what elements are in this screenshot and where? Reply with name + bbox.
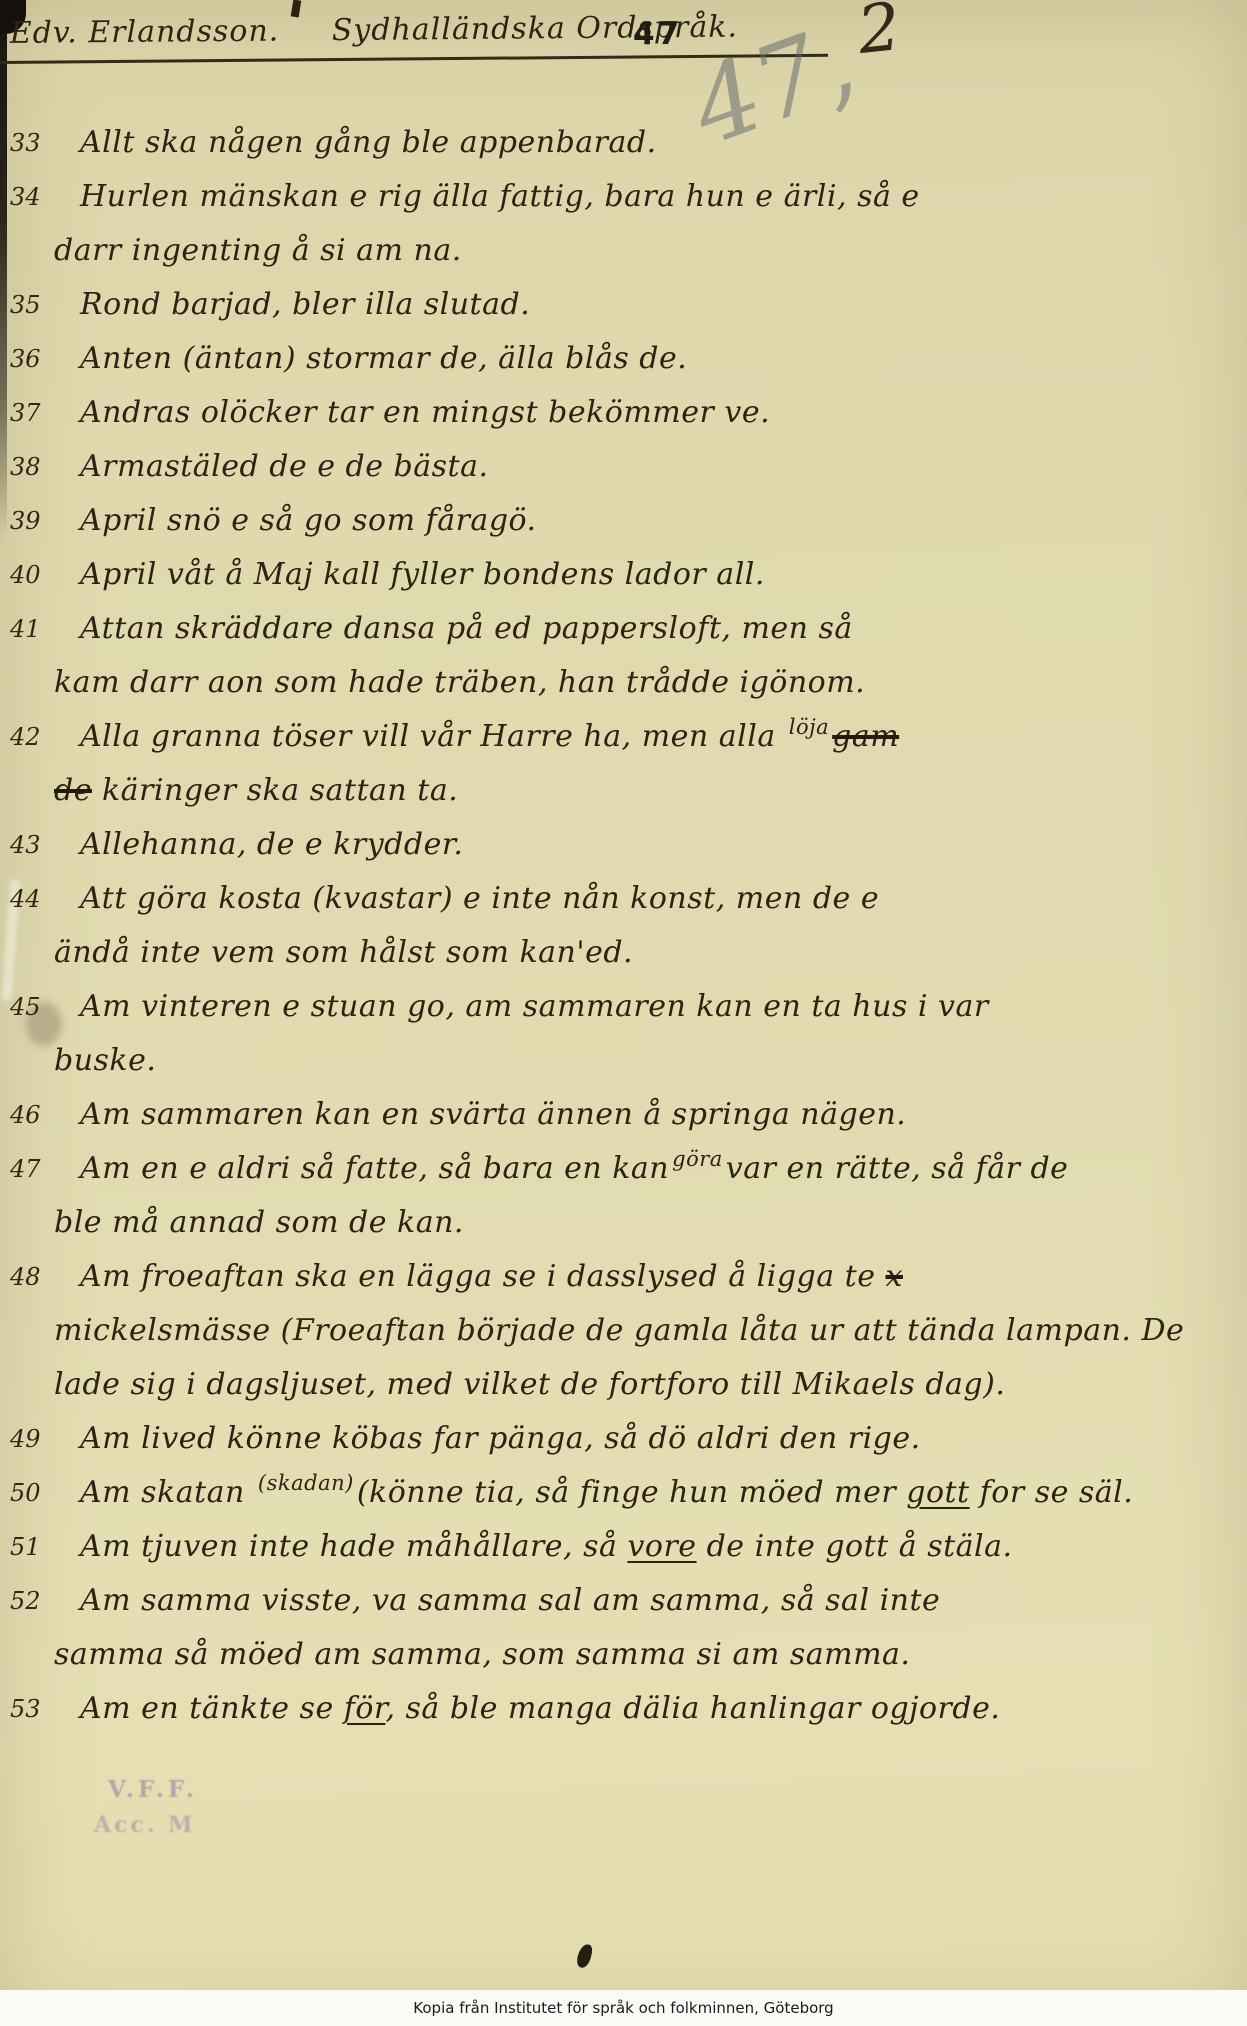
item-number: 33 [0, 116, 80, 170]
proverb-line: de käringer ska sattan ta. [54, 764, 1235, 818]
proverb-item: 39 April snö e så go som fåragö. [0, 494, 1235, 548]
proverb-item: 51 Am tjuven inte hade måhållare, så vor… [0, 1520, 1235, 1574]
item-lines: Rond barjad, bler illa slutad. [80, 278, 1235, 332]
copy-caption: Kopia från Institutet för språk och folk… [0, 1990, 1247, 2026]
proverb-item: 43 Allehanna, de e krydder. [0, 818, 1235, 872]
item-lines: Hurlen mänskan e rig älla fattig, bara h… [80, 170, 1235, 278]
proverb-list: 33 Allt ska någen gång ble appenbarad. 3… [0, 116, 1235, 1736]
proverb-line: ändå inte vem som hålst som kan'ed. [54, 926, 1235, 980]
item-number: 36 [0, 332, 80, 386]
proverb-segment: Anten (äntan) stormar de, älla blås de. [80, 341, 687, 376]
ink-blot [575, 1943, 593, 1969]
proverb-segment: Am en e aldri så fatte, så bara en kan [80, 1151, 669, 1186]
item-number: 49 [0, 1412, 80, 1466]
proverb-line: April snö e så go som fåragö. [80, 494, 1235, 548]
proverb-segment: buske. [54, 1043, 156, 1078]
proverb-line: Am froeaftan ska en lägga se i dasslysed… [80, 1250, 1235, 1304]
item-lines: Am vinteren e stuan go, am sammaren kan … [80, 980, 1235, 1088]
proverb-item: 41 Attan skräddare dansa på ed papperslo… [0, 602, 1235, 710]
proverb-line: Attan skräddare dansa på ed pappersloft,… [80, 602, 1235, 656]
proverb-segment: Attan skräddare dansa på ed pappersloft,… [80, 611, 853, 646]
item-lines: Andras olöcker tar en mingst bekömmer ve… [80, 386, 1235, 440]
proverb-line: Allt ska någen gång ble appenbarad. [80, 116, 1235, 170]
item-lines: Am lived könne köbas far pänga, så dö al… [80, 1412, 1235, 1466]
item-lines: Am tjuven inte hade måhållare, så vore d… [80, 1520, 1235, 1574]
proverb-segment: käringer ska sattan ta. [92, 773, 458, 808]
proverb-item: 52 Am samma visste, va samma sal am samm… [0, 1574, 1235, 1682]
proverb-item: 53 Am en tänkte se för, så ble manga däl… [0, 1682, 1235, 1736]
proverb-item: 47 Am en e aldri så fatte, så bara en ka… [0, 1142, 1235, 1250]
proverb-segment: (könne tia, så finge hun möed mer [357, 1475, 906, 1510]
proverb-item: 40 April våt å Maj kall fyller bondens l… [0, 548, 1235, 602]
item-lines: Am en tänkte se för, så ble manga dälia … [80, 1682, 1235, 1736]
item-lines: Am froeaftan ska en lägga se i dasslysed… [80, 1250, 1235, 1412]
proverb-line: kam darr aon som hade träben, han trådde… [54, 656, 1235, 710]
proverb-line: Att göra kosta (kvastar) e inte nån kons… [80, 872, 1235, 926]
proverb-segment: Am tjuven inte hade måhållare, så [80, 1529, 627, 1564]
proverb-segment: de inte gott å stäla. [697, 1529, 1013, 1564]
proverb-line: Am lived könne köbas far pänga, så dö al… [80, 1412, 1235, 1466]
proverb-item: 34 Hurlen mänskan e rig älla fattig, bar… [0, 170, 1235, 278]
item-number: 46 [0, 1088, 80, 1142]
proverb-line: ble må annad som de kan. [54, 1196, 1235, 1250]
proverb-line: Am samma visste, va samma sal am samma, … [80, 1574, 1235, 1628]
proverb-item: 42 Alla granna töser vill vår Harre ha, … [0, 710, 1235, 818]
proverb-line: Am sammaren kan en svärta ännen å spring… [80, 1088, 1235, 1142]
proverb-item: 38 Armastäled de e de bästa. [0, 440, 1235, 494]
proverb-line: Am en tänkte se för, så ble manga dälia … [80, 1682, 1235, 1736]
item-lines: Att göra kosta (kvastar) e inte nån kons… [80, 872, 1235, 980]
proverb-segment: Am vinteren e stuan go, am sammaren kan … [80, 989, 989, 1024]
author-name: Edv. Erlandsson. [10, 14, 280, 51]
proverb-item: 49 Am lived könne köbas far pänga, så dö… [0, 1412, 1235, 1466]
item-number: 53 [0, 1682, 80, 1736]
proverb-item: 50 Am skatan (skadan)(könne tia, så fing… [0, 1466, 1235, 1520]
proverb-line: Am skatan (skadan)(könne tia, så finge h… [80, 1466, 1235, 1520]
archive-stamp-vff: V.F.F. [108, 1776, 198, 1803]
proverb-segment: Am en tänkte se [80, 1691, 344, 1726]
proverb-segment: Am lived könne köbas far pänga, så dö al… [80, 1421, 921, 1456]
proverb-segment: Armastäled de e de bästa. [80, 449, 489, 484]
item-number: 39 [0, 494, 80, 548]
item-lines: Armastäled de e de bästa. [80, 440, 1235, 494]
proverb-line: Alla granna töser vill vår Harre ha, men… [80, 710, 1235, 764]
item-number: 43 [0, 818, 80, 872]
proverb-segment: April snö e så go som fåragö. [80, 503, 537, 538]
ink-page-number: 2 [854, 0, 904, 69]
proverb-segment: Allehanna, de e krydder. [80, 827, 463, 862]
proverb-segment: Am froeaftan ska en lägga se i dasslysed… [80, 1259, 886, 1294]
proverb-line: Am en e aldri så fatte, så bara en kangö… [80, 1142, 1235, 1196]
proverb-item: 36 Anten (äntan) stormar de, älla blås d… [0, 332, 1235, 386]
item-number: 50 [0, 1466, 80, 1520]
item-lines: Am sammaren kan en svärta ännen å spring… [80, 1088, 1235, 1142]
proverb-segment: Alla granna töser vill vår Harre ha, men… [80, 719, 786, 754]
item-lines: Allehanna, de e krydder. [80, 818, 1235, 872]
proverb-segment: Allt ska någen gång ble appenbarad. [80, 125, 657, 160]
proverb-segment: kam darr aon som hade träben, han trådde… [54, 665, 865, 700]
proverb-item: 44 Att göra kosta (kvastar) e inte nån k… [0, 872, 1235, 980]
proverb-segment: lade sig i dagsljuset, med vilket de for… [54, 1367, 1005, 1402]
proverb-segment: Andras olöcker tar en mingst bekömmer ve… [80, 395, 770, 430]
proverb-item: 45 Am vinteren e stuan go, am sammaren k… [0, 980, 1235, 1088]
proverb-segment: mickelsmässe (Froeaftan började de gamla… [54, 1313, 1184, 1348]
proverb-segment: ble må annad som de kan. [54, 1205, 464, 1240]
proverb-line: Anten (äntan) stormar de, älla blås de. [80, 332, 1235, 386]
proverb-segment: Am samma visste, va samma sal am samma, … [80, 1583, 940, 1618]
proverb-line: Am vinteren e stuan go, am sammaren kan … [80, 980, 1235, 1034]
scanned-page: Edv. Erlandsson. Sydhalländska Ordspråk.… [0, 0, 1247, 2026]
proverb-segment: var en rätte, så får de [726, 1151, 1069, 1186]
item-number: 38 [0, 440, 80, 494]
proverb-line: darr ingenting å si am na. [54, 224, 1235, 278]
proverb-segment: ändå inte vem som hålst som kan'ed. [54, 935, 633, 970]
proverb-segment: , så ble manga dälia hanlingar ogjorde. [385, 1691, 1000, 1726]
proverb-segment-u: för [344, 1691, 386, 1726]
proverb-line: Allehanna, de e krydder. [80, 818, 1235, 872]
proverb-segment: Att göra kosta (kvastar) e inte nån kons… [80, 881, 879, 916]
item-number: 40 [0, 548, 80, 602]
proverb-segment-strike: de [54, 773, 92, 808]
proverb-segment: darr ingenting å si am na. [54, 233, 462, 268]
proverb-segment-u: vore [627, 1529, 696, 1564]
proverb-segment: Am skatan [80, 1475, 255, 1510]
archive-stamp-acc: Acc. M [94, 1812, 196, 1838]
proverb-item: 35 Rond barjad, bler illa slutad. [0, 278, 1235, 332]
proverb-line: April våt å Maj kall fyller bondens lado… [80, 548, 1235, 602]
proverb-item: 37 Andras olöcker tar en mingst bekömmer… [0, 386, 1235, 440]
item-lines: April våt å Maj kall fyller bondens lado… [80, 548, 1235, 602]
proverb-line: Hurlen mänskan e rig älla fattig, bara h… [80, 170, 1235, 224]
item-number: 51 [0, 1520, 80, 1574]
proverb-segment-u: gott [906, 1475, 969, 1510]
item-lines: Attan skräddare dansa på ed pappersloft,… [80, 602, 1235, 710]
proverb-line: buske. [54, 1034, 1235, 1088]
item-lines: Anten (äntan) stormar de, älla blås de. [80, 332, 1235, 386]
item-lines: Am skatan (skadan)(könne tia, så finge h… [80, 1466, 1235, 1520]
proverb-segment-strike: x [886, 1259, 903, 1294]
proverb-segment-strike: gam [832, 719, 899, 754]
proverb-line: lade sig i dagsljuset, med vilket de for… [54, 1358, 1235, 1412]
proverb-segment: April våt å Maj kall fyller bondens lado… [80, 557, 765, 592]
proverb-line: Rond barjad, bler illa slutad. [80, 278, 1235, 332]
proverb-item: 46 Am sammaren kan en svärta ännen å spr… [0, 1088, 1235, 1142]
proverb-item: 33 Allt ska någen gång ble appenbarad. [0, 116, 1235, 170]
proverb-segment: Am sammaren kan en svärta ännen å spring… [80, 1097, 906, 1132]
item-lines: Alla granna töser vill vår Harre ha, men… [80, 710, 1235, 818]
item-number: 35 [0, 278, 80, 332]
proverb-segment: Rond barjad, bler illa slutad. [80, 287, 530, 322]
proverb-line: samma så möed am samma, som samma si am … [54, 1628, 1235, 1682]
proverb-segment: samma så möed am samma, som samma si am … [54, 1637, 910, 1672]
proverb-line: Andras olöcker tar en mingst bekömmer ve… [80, 386, 1235, 440]
stamped-page-number: 47 [633, 16, 682, 52]
proverb-item: 48 Am froeaftan ska en lägga se i dassly… [0, 1250, 1235, 1412]
item-number: 37 [0, 386, 80, 440]
proverb-line: Armastäled de e de bästa. [80, 440, 1235, 494]
item-lines: Am samma visste, va samma sal am samma, … [80, 1574, 1235, 1682]
item-lines: Am en e aldri så fatte, så bara en kangö… [80, 1142, 1235, 1250]
proverb-segment: Hurlen mänskan e rig älla fattig, bara h… [80, 179, 920, 214]
proverb-line: Am tjuven inte hade måhållare, så vore d… [80, 1520, 1235, 1574]
item-lines: Allt ska någen gång ble appenbarad. [80, 116, 1235, 170]
proverb-segment: for se säl. [970, 1475, 1134, 1510]
item-lines: April snö e så go som fåragö. [80, 494, 1235, 548]
proverb-line: mickelsmässe (Froeaftan började de gamla… [54, 1304, 1235, 1358]
